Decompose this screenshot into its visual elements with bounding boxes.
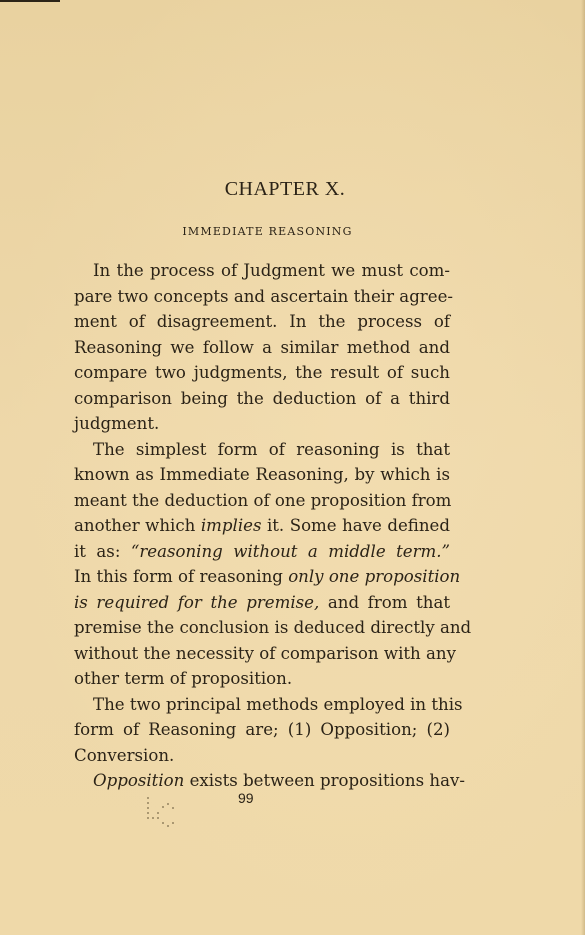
text-line: The two principal methods employed in th… <box>74 692 450 718</box>
italic-text: is required for the premise, <box>74 593 319 612</box>
chapter-title: CHAPTER X. <box>0 178 570 201</box>
text-line: compare two judgments, the result of suc… <box>74 360 450 386</box>
text-segment: premise the conclusion is deduced direct… <box>74 618 471 637</box>
text-line: Conversion. <box>74 743 450 769</box>
scan-edge-top <box>0 0 60 2</box>
text-line: is required for the premise, and from th… <box>74 590 450 616</box>
text-line: known as Immediate Reasoning, by which i… <box>74 462 450 488</box>
text-segment: other term of proposition. <box>74 669 292 688</box>
text-line: it as: “reasoning without a middle term.… <box>74 539 450 565</box>
italic-text: Opposition <box>93 771 184 790</box>
text-segment: The two principal methods employed in th… <box>93 695 463 714</box>
text-segment: comparison being the deduction of a thir… <box>74 389 450 408</box>
text-line: without the necessity of comparison with… <box>74 641 450 667</box>
text-segment: ment of disagreement. In the process of <box>74 312 450 331</box>
text-segment: compare two judgments, the result of suc… <box>74 363 450 382</box>
text-segment: it. Some have defined <box>261 516 450 535</box>
italic-text: only one proposition <box>288 567 460 586</box>
text-segment: it as: <box>74 542 131 561</box>
section-title: IMMEDIATE REASONING <box>0 225 535 238</box>
text-line: Reasoning we follow a similar method and <box>74 335 450 361</box>
text-segment: Conversion. <box>74 746 174 765</box>
text-segment: without the necessity of comparison with… <box>74 644 456 663</box>
text-line: pare two concepts and ascertain their ag… <box>74 284 450 310</box>
text-segment: meant the deduction of one proposition f… <box>74 491 451 510</box>
body-text: In the process of Judgment we must com-p… <box>74 258 450 794</box>
text-segment: The simplest form of reasoning is that <box>93 440 450 459</box>
text-line: another which implies it. Some have defi… <box>74 513 450 539</box>
text-segment: In the process of Judgment we must com- <box>93 261 450 280</box>
text-segment: Reasoning we follow a similar method and <box>74 338 450 357</box>
text-segment: In this form of reasoning <box>74 567 288 586</box>
scan-edge-right <box>581 0 585 935</box>
text-segment: pare two concepts and ascertain their ag… <box>74 287 453 306</box>
text-line: The simplest form of reasoning is that <box>74 437 450 463</box>
text-line: premise the conclusion is deduced direct… <box>74 615 450 641</box>
page-number: 99 <box>238 790 254 806</box>
text-segment: judgment. <box>74 414 159 433</box>
text-line: In the process of Judgment we must com- <box>74 258 450 284</box>
text-line: judgment. <box>74 411 450 437</box>
text-line: other term of proposition. <box>74 666 450 692</box>
text-line: form of Reasoning are; (1) Opposition; (… <box>74 717 450 743</box>
text-segment: exists between propositions hav- <box>184 771 465 790</box>
italic-text: implies <box>201 516 262 535</box>
text-line: In this form of reasoning only one propo… <box>74 564 450 590</box>
text-segment: another which <box>74 516 201 535</box>
text-segment: and from that <box>319 593 450 612</box>
text-segment: form of Reasoning are; (1) Opposition; (… <box>74 720 450 739</box>
book-page: CHAPTER X. IMMEDIATE REASONING In the pr… <box>0 0 585 935</box>
text-line: meant the deduction of one proposition f… <box>74 488 450 514</box>
italic-text: “reasoning without a middle term.” <box>131 542 450 561</box>
text-line: ment of disagreement. In the process of <box>74 309 450 335</box>
library-stamp-perforation-icon <box>145 795 185 835</box>
text-line: Opposition exists between propositions h… <box>74 768 450 794</box>
text-segment: known as Immediate Reasoning, by which i… <box>74 465 450 484</box>
text-line: comparison being the deduction of a thir… <box>74 386 450 412</box>
